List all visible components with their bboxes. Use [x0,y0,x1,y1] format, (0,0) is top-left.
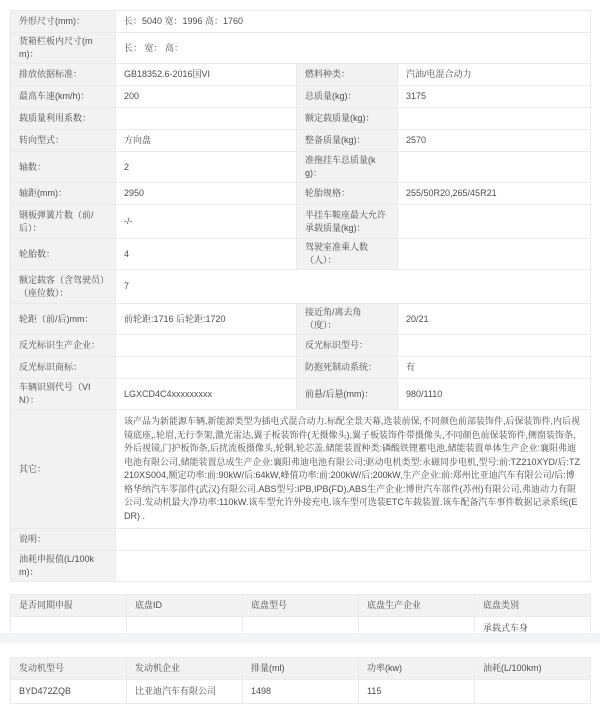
spec-value-cell: 汽油/电混合动力 [398,64,591,86]
spec-value-cell: 2 [116,152,297,183]
engine-header-cell: 排量(ml) [243,658,359,680]
spec-value-cell: -/- [116,205,297,239]
spec-value-cell [398,108,591,130]
engine-table: 发动机型号发动机企业排量(ml)功率(kw)油耗(L/100km)BYD472Z… [10,657,591,704]
spec-row: 外形尺寸(mm)：长：5040 宽：1996 高：1760 [11,11,591,33]
spec-value-cell [398,205,591,239]
spec-value-cell [116,335,297,357]
spec-label-cell: 接近角/离去角（度）： [297,304,398,335]
spec-label-cell: 油耗申报值(L/100km)： [11,551,116,582]
spec-row: 货箱栏板内尺寸(mm)：长： 宽： 高： [11,33,591,64]
spec-row: 轮距（前/后)mm：前轮距:1716 后轮距:1720接近角/离去角（度）：20… [11,304,591,335]
spec-row: 轴距(mm)：2950轮胎规格：255/50R20,265/45R21 [11,183,591,205]
engine-data-cell: BYD472ZQB [11,680,127,704]
spec-label-cell: 防抱死制动系统： [297,357,398,379]
spec-value-cell [116,108,297,130]
vehicle-spec-table-body: 外形尺寸(mm)：长：5040 宽：1996 高：1760货箱栏板内尺寸(mm)… [11,11,591,582]
engine-data-cell: 115 [359,680,475,704]
spec-label-cell: 整备质量(kg)： [297,130,398,152]
spec-label-cell: 转向型式： [11,130,116,152]
spec-row: 轮胎数：4驾驶室准乘人数（人）： [11,239,591,270]
spec-value-cell: 3175 [398,86,591,108]
spec-label-cell: 轮胎数： [11,239,116,270]
spec-label-cell: 货箱栏板内尺寸(mm)： [11,33,116,64]
spec-row: 油耗申报值(L/100km)： [11,551,591,582]
spec-label-cell: 轮胎规格： [297,183,398,205]
spec-value-cell: 980/1110 [398,379,591,410]
spec-row: 车辆识别代号（VIN）：LGXCD4C4xxxxxxxxx前悬/后悬(mm)：9… [11,379,591,410]
spec-value-cell [116,357,297,379]
spec-label-cell: 车辆识别代号（VIN）： [11,379,116,410]
spec-row: 钢板弹簧片数（前/后）：-/-半挂车鞍座最大允许承载质量(kg)： [11,205,591,239]
spec-row: 载质量利用系数：额定载质量(kg)： [11,108,591,130]
spec-value-cell [398,335,591,357]
spec-label-cell: 驾驶室准乘人数（人）： [297,239,398,270]
spec-label-cell: 额定载质量(kg)： [297,108,398,130]
chassis-header-cell: 是否同期申报 [11,595,127,617]
spec-label-cell: 说明： [11,529,116,551]
engine-header-cell: 发动机企业 [127,658,243,680]
spec-value-cell [116,529,591,551]
spec-row: 排放依据标准：GB18352.6-2016国VI燃料种类：汽油/电混合动力 [11,64,591,86]
chassis-header-cell: 底盘类别 [475,595,591,617]
spec-value-cell: 2570 [398,130,591,152]
spec-value-cell [116,551,591,582]
spec-value-cell: 255/50R20,265/45R21 [398,183,591,205]
chassis-header-cell: 底盘型号 [243,595,359,617]
engine-header-cell: 发动机型号 [11,658,127,680]
spec-label-cell: 轮距（前/后)mm： [11,304,116,335]
spec-value-cell: 该产品为新能源车辆,新能源类型为插电式混合动力.标配全景天幕,选装前保,不同颜色… [116,410,591,529]
vehicle-spec-table: 外形尺寸(mm)：长：5040 宽：1996 高：1760货箱栏板内尺寸(mm)… [10,10,591,582]
spec-value-cell: LGXCD4C4xxxxxxxxx [116,379,297,410]
spec-value-cell: 4 [116,239,297,270]
spec-row: 额定载客（含驾驶员）（座位数）：7 [11,270,591,304]
spec-value-cell: 长：5040 宽：1996 高：1760 [116,11,591,33]
engine-table-body: 发动机型号发动机企业排量(ml)功率(kw)油耗(L/100km)BYD472Z… [11,658,591,704]
spec-label-cell: 钢板弹簧片数（前/后）： [11,205,116,239]
spec-value-cell: 方向盘 [116,130,297,152]
spec-row: 最高车速(km/h)：200总质量(kg)：3175 [11,86,591,108]
spec-label-cell: 燃料种类： [297,64,398,86]
spec-label-cell: 最高车速(km/h)： [11,86,116,108]
spec-row: 转向型式：方向盘整备质量(kg)：2570 [11,130,591,152]
spec-value-cell: 长： 宽： 高： [116,33,591,64]
spec-value-cell [398,152,591,183]
spec-value-cell: GB18352.6-2016国VI [116,64,297,86]
chassis-header-cell: 底盘ID [127,595,243,617]
spec-value-cell: 有 [398,357,591,379]
spec-label-cell: 准拖挂车总质量(kg)： [297,152,398,183]
spec-label-cell: 其它： [11,410,116,529]
spec-label-cell: 反光标识商标： [11,357,116,379]
spec-value-cell [398,239,591,270]
engine-data-cell [475,680,591,704]
spec-row: 说明： [11,529,591,551]
chassis-header-cell: 底盘生产企业 [359,595,475,617]
spec-label-cell: 半挂车鞍座最大允许承载质量(kg)： [297,205,398,239]
spec-value-cell: 2950 [116,183,297,205]
page-bottom-strip [0,633,600,643]
chassis-header-row: 是否同期申报底盘ID底盘型号底盘生产企业底盘类别 [11,595,591,617]
spec-label-cell: 额定载客（含驾驶员）（座位数）： [11,270,116,304]
spec-label-cell: 反光标识型号： [297,335,398,357]
spec-row: 反光标识商标：防抱死制动系统：有 [11,357,591,379]
spec-row: 其它：该产品为新能源车辆,新能源类型为插电式混合动力.标配全景天幕,选装前保,不… [11,410,591,529]
spec-sheet: 外形尺寸(mm)：长：5040 宽：1996 高：1760货箱栏板内尺寸(mm)… [0,0,600,704]
spec-label-cell: 总质量(kg)： [297,86,398,108]
spec-row: 反光标识生产企业：反光标识型号： [11,335,591,357]
spec-label-cell: 轴数： [11,152,116,183]
spec-value-cell: 20/21 [398,304,591,335]
spec-label-cell: 反光标识生产企业： [11,335,116,357]
engine-data-cell: 比亚迪汽车有限公司 [127,680,243,704]
engine-data-row: BYD472ZQB比亚迪汽车有限公司1498115 [11,680,591,704]
spec-label-cell: 前悬/后悬(mm)： [297,379,398,410]
spec-value-cell: 200 [116,86,297,108]
table-gap [10,641,590,657]
spec-value-cell: 前轮距:1716 后轮距:1720 [116,304,297,335]
engine-header-row: 发动机型号发动机企业排量(ml)功率(kw)油耗(L/100km) [11,658,591,680]
spec-value-cell: 7 [116,270,591,304]
spec-label-cell: 排放依据标准： [11,64,116,86]
engine-header-cell: 油耗(L/100km) [475,658,591,680]
spec-label-cell: 轴距(mm)： [11,183,116,205]
spec-label-cell: 载质量利用系数： [11,108,116,130]
engine-header-cell: 功率(kw) [359,658,475,680]
engine-data-cell: 1498 [243,680,359,704]
table-gap [10,582,590,594]
spec-row: 轴数：2准拖挂车总质量(kg)： [11,152,591,183]
spec-label-cell: 外形尺寸(mm)： [11,11,116,33]
